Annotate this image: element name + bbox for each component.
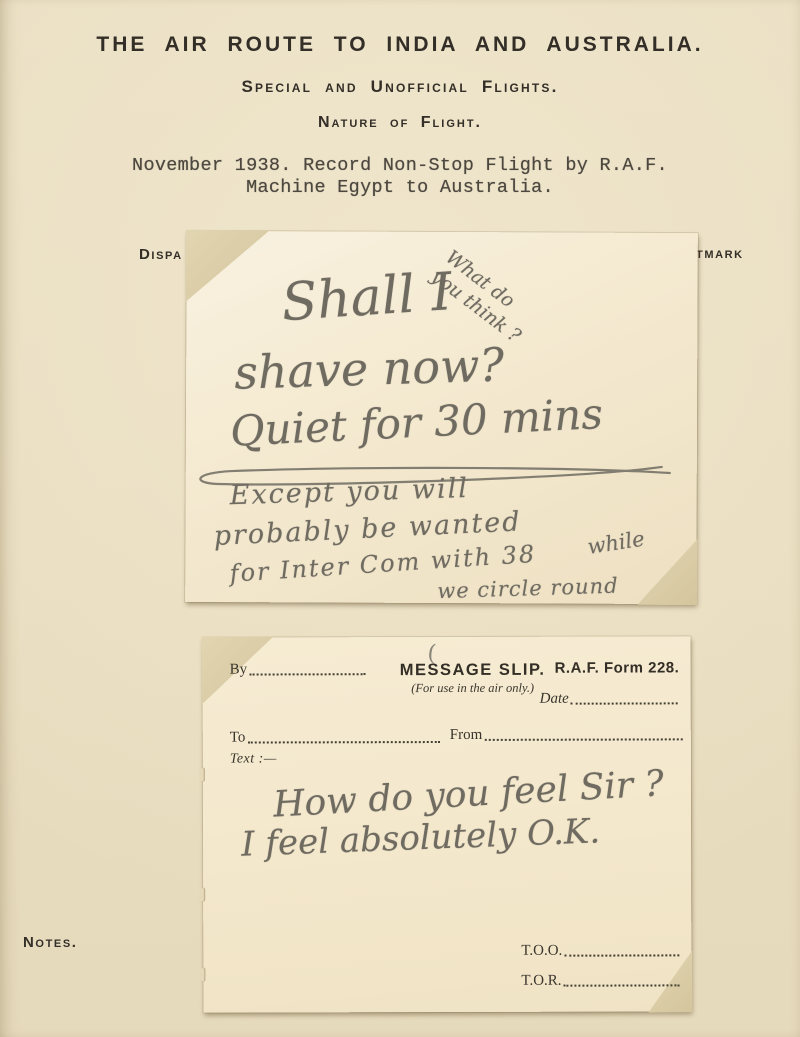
typed-caption-line1: November 1938. Record Non-Stop Flight by… — [0, 155, 800, 176]
to-field: To — [230, 729, 440, 747]
text-field-label: Text :— — [230, 751, 277, 767]
by-field-label: By — [230, 662, 248, 679]
nature-of-flight-heading: Nature of Flight. — [0, 114, 800, 132]
pencil-note-card: Shall I What do you think ? shave now? Q… — [185, 231, 698, 604]
torn-edge — [200, 888, 205, 902]
photo-corner-mount — [637, 539, 697, 605]
tor-field: T.O.R. — [521, 972, 679, 989]
dotted-line — [484, 738, 682, 741]
dotted-line — [564, 984, 680, 986]
handwriting-except: Except you will — [229, 475, 469, 509]
page-title: THE AIR ROUTE TO INDIA AND AUSTRALIA. — [0, 33, 800, 57]
to-field-label: To — [230, 730, 246, 747]
handwriting-quiet: Quiet for 30 mins — [229, 393, 604, 453]
dotted-line — [249, 673, 365, 675]
handwriting-message-line1: How do you feel Sir ? — [272, 766, 665, 823]
message-slip-title: MESSAGE SLIP. — [371, 661, 575, 681]
dotted-line — [247, 741, 439, 744]
photo-corner-mount — [186, 230, 270, 302]
handwriting-shave: shave now? — [234, 342, 505, 396]
from-field: From — [450, 726, 683, 744]
handwriting-circle-round: we circle round — [437, 576, 619, 603]
by-field: By — [230, 661, 366, 678]
date-field: Date — [540, 690, 678, 707]
message-slip-card: ( By MESSAGE SLIP. (For use in the air o… — [203, 636, 692, 1012]
dispatch-label: Dispa — [139, 246, 183, 263]
torn-edge — [200, 768, 205, 782]
dotted-line — [571, 702, 678, 704]
tor-field-label: T.O.R. — [521, 973, 561, 990]
dotted-line — [564, 954, 679, 956]
handwriting-shall: Shall I — [280, 266, 453, 329]
album-page: THE AIR ROUTE TO INDIA AND AUSTRALIA. Sp… — [0, 0, 800, 1037]
handwriting-while: while — [586, 529, 646, 558]
from-field-label: From — [450, 727, 483, 744]
postmark-label: tmark — [696, 245, 744, 262]
too-field: T.O.O. — [521, 942, 679, 959]
torn-edge — [200, 968, 205, 982]
too-field-label: T.O.O. — [521, 943, 562, 960]
date-field-label: Date — [540, 691, 569, 708]
typed-caption-line2: Machine Egypt to Australia. — [0, 177, 800, 198]
page-subtitle: Special and Unofficial Flights. — [0, 77, 800, 97]
notes-label: Notes. — [23, 934, 78, 951]
form-number: R.A.F. Form 228. — [555, 659, 685, 676]
